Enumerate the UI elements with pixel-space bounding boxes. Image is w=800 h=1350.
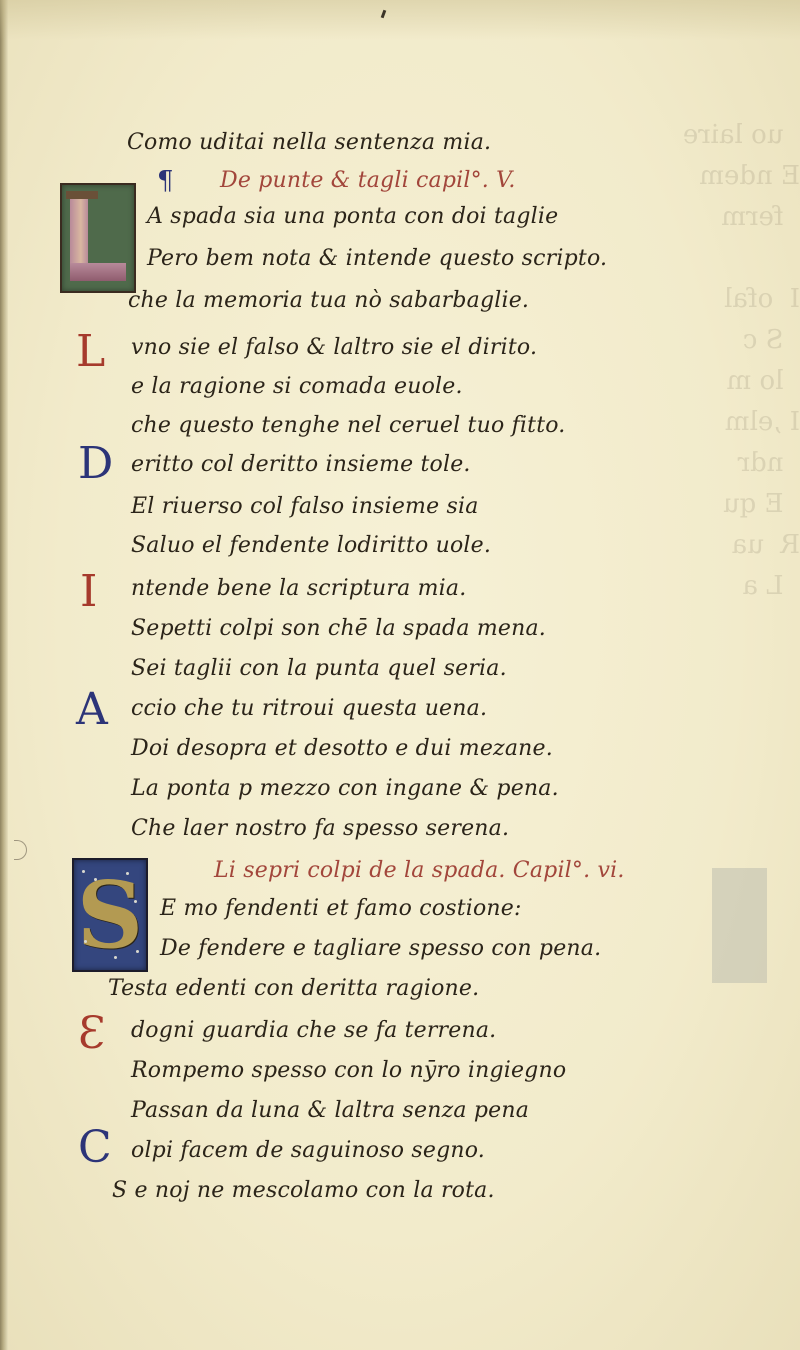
verse-line: S e noj ne mescolamo con la rota. (112, 1178, 495, 1203)
verse-line: che questo tenghe nel ceruel tuo fitto. (131, 413, 566, 438)
verse-line: Sepetti colpi son chē la spada mena. (131, 616, 546, 641)
verse-line: ntende bene la scriptura mia. (131, 576, 466, 601)
verse-line: Pero bem nota & intende questo scripto. (147, 246, 607, 271)
ornament-dot (134, 900, 137, 903)
initial-C-blue: C (78, 1126, 112, 1170)
initial-L-red: L (76, 330, 105, 374)
ornament-dot (136, 950, 139, 953)
verse-line: Doi desopra et desotto e dui mezane. (131, 736, 553, 761)
verse-line: Testa edenti con deritta ragione. (108, 976, 479, 1001)
verse-line: Rompemo spesso con lo nȳro ingiegno (131, 1058, 566, 1083)
initial-S-letter: S (77, 869, 143, 961)
verse-line: El riuerso col falso insieme sia (131, 494, 479, 519)
margin-pen-mark (14, 840, 27, 860)
verse-line: che la memoria tua nò sabarbaglie. (128, 288, 529, 313)
initial-L-foot (70, 263, 126, 281)
page-top-shadow (0, 0, 800, 40)
ornament-dot (82, 870, 85, 873)
verse-line: Saluo el fendente lodiritto uole. (131, 533, 491, 558)
ornament-dot (114, 956, 117, 959)
verse-line: La ponta p mezzo con ingane & pena. (131, 776, 559, 801)
ornament-dot (94, 878, 97, 881)
binding-edge (0, 0, 8, 1350)
verse-line: olpi facem de saguinoso segno. (131, 1138, 485, 1163)
initial-I-red: I (80, 570, 97, 614)
ornament-dot (84, 940, 87, 943)
gray-tab-marker (712, 868, 767, 983)
verse-line: vno sie el falso & laltro sie el dirito. (131, 335, 537, 360)
paragraph-mark-icon: ¶ (157, 166, 174, 196)
initial-L-serif (66, 191, 98, 199)
verse-line: Como uditai nella sentenza mia. (127, 130, 491, 155)
initial-A-blue: A (76, 688, 108, 732)
verse-line: E mo fendenti et famo costione: (160, 896, 522, 921)
verse-line: dogni guardia che se fa terrena. (131, 1018, 496, 1043)
ornament-dot (126, 872, 129, 875)
verse-line: De fendere e tagliare spesso con pena. (160, 936, 601, 961)
verse-line: Sei taglii con la punta quel seria. (131, 656, 507, 681)
initial-E-red: Ɛ (78, 1012, 105, 1056)
verse-line: eritto col deritto insieme tole. (131, 452, 471, 477)
initial-D-blue: D (78, 442, 113, 486)
verse-line: Che laer nostro fa spesso serena. (131, 816, 509, 841)
illuminated-initial-S: S (72, 858, 148, 972)
chapter-heading-v: De punte & tagli capil°. V. (220, 168, 516, 193)
chapter-heading-vi: Li sepri colpi de la spada. Capil°. vi. (214, 858, 625, 883)
verse-line: e la ragione si comada euole. (131, 374, 463, 399)
manuscript-page: uo laire E ndem ferm I ofal S c lo m I ,… (0, 0, 800, 1350)
illuminated-initial-L (60, 183, 136, 293)
verse-line: A spada sia una ponta con doi taglie (147, 204, 558, 229)
verse-line: ccio che tu ritroui questa uena. (131, 696, 487, 721)
verse-line: Passan da luna & laltra senza pena (131, 1098, 529, 1123)
